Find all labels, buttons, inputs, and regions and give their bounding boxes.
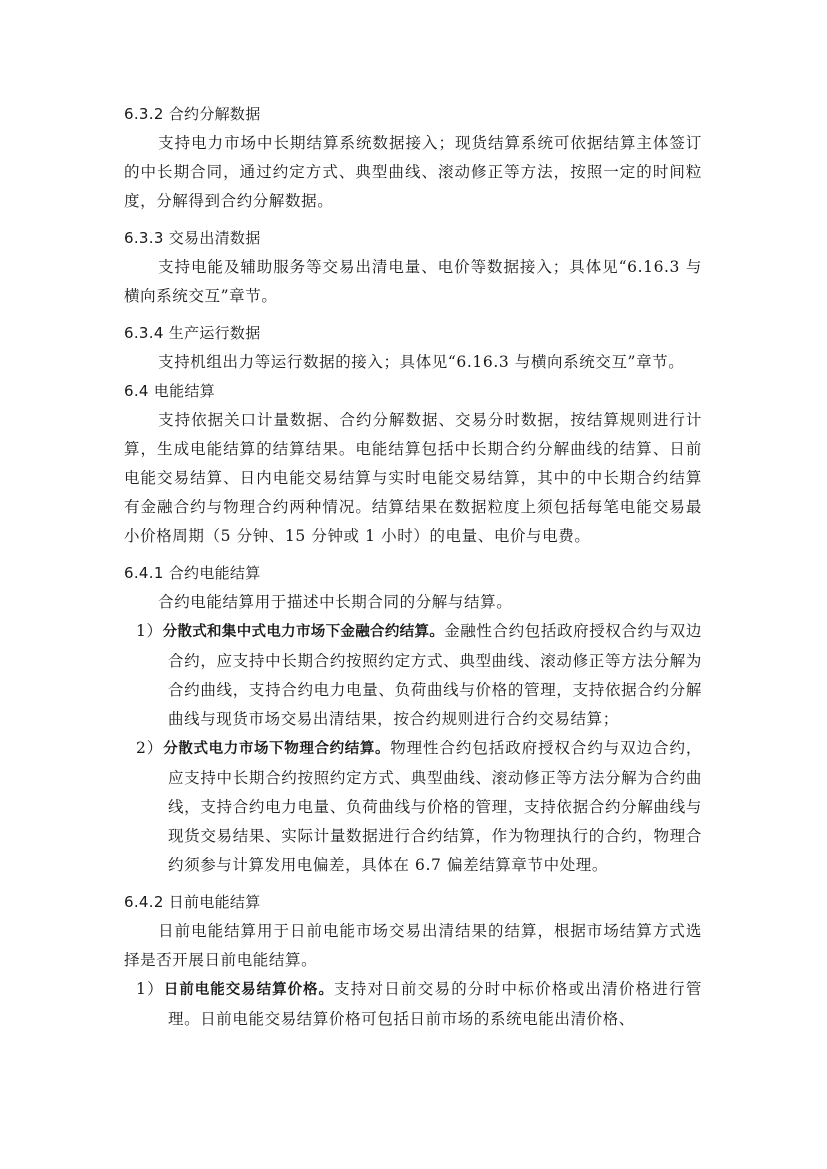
section-heading-6-3-4: 6.3.4 生产运行数据 <box>124 319 702 348</box>
paragraph: 日前电能结算用于日前电能市场交易出清结果的结算，根据市场结算方式选择是否开展日前… <box>124 917 702 975</box>
section-heading-6-4: 6.4 电能结算 <box>124 377 702 406</box>
list-item: 1）日前电能交易结算价格。支持对日前交易的分时中标价格或出清价格进行管理。日前电… <box>124 975 702 1034</box>
list-item-text: 物理性合约包括政府授权合约与双边合约，应支持中长期合约按照约定方式、典型曲线、滚… <box>168 739 702 874</box>
paragraph: 支持电能及辅助服务等交易出清电量、电价等数据接入；具体见“6.16.3 与横向系… <box>124 253 702 311</box>
paragraph: 支持机组出力等运行数据的接入；具体见“6.16.3 与横向系统交互”章节。 <box>124 348 702 377</box>
list-item-title: 分散式电力市场下物理合约结算。 <box>163 741 390 757</box>
list-marker: 1） <box>136 980 164 998</box>
list-marker: 2） <box>136 739 163 757</box>
document-page: 6.3.2 合约分解数据 支持电力市场中长期结算系统数据接入；现货结算系统可依据… <box>124 100 702 1034</box>
list-marker: 1） <box>136 622 163 640</box>
section-heading-6-4-2: 6.4.2 日前电能结算 <box>124 888 702 917</box>
paragraph: 支持电力市场中长期结算系统数据接入；现货结算系统可依据结算主体签订的中长期合同，… <box>124 129 702 216</box>
list-item-title: 日前电能交易结算价格。 <box>164 982 334 998</box>
list-item: 2）分散式电力市场下物理合约结算。物理性合约包括政府授权合约与双边合约，应支持中… <box>124 734 702 880</box>
paragraph: 支持依据关口计量数据、合约分解数据、交易分时数据，按结算规则进行计算，生成电能结… <box>124 406 702 551</box>
list-item-title: 分散式和集中式电力市场下金融合约结算。 <box>163 624 445 640</box>
paragraph: 合约电能结算用于描述中长期合同的分解与结算。 <box>124 588 702 617</box>
list-item: 1）分散式和集中式电力市场下金融合约结算。金融性合约包括政府授权合约与双边合约，… <box>124 617 702 734</box>
section-heading-6-3-3: 6.3.3 交易出清数据 <box>124 224 702 253</box>
section-heading-6-4-1: 6.4.1 合约电能结算 <box>124 559 702 588</box>
section-heading-6-3-2: 6.3.2 合约分解数据 <box>124 100 702 129</box>
